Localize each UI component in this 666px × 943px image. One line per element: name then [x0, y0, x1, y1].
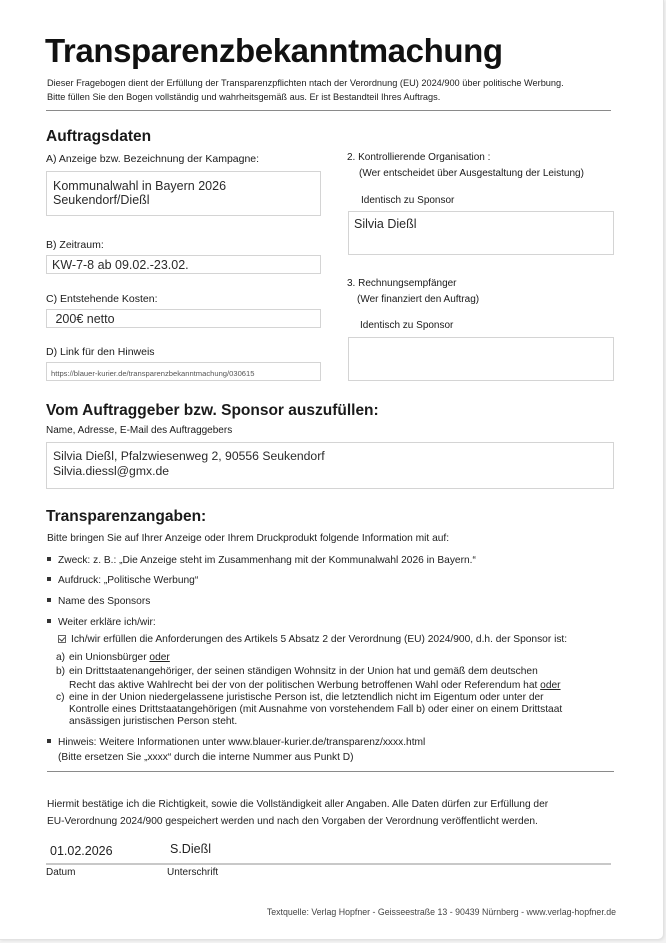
- footer-source: Textquelle: Verlag Hopfner - Geisseestra…: [267, 907, 616, 917]
- kontrollierende-organisation-sublabel: (Wer entscheidet über Ausgestaltung der …: [359, 168, 584, 179]
- zeitraum-field[interactable]: KW-7-8 ab 09.02.-23.02.: [46, 255, 321, 274]
- confirmation-line-2: EU-Verordnung 2024/900 gespeichert werde…: [47, 816, 538, 827]
- kosten-field[interactable]: 200€ netto: [46, 309, 321, 328]
- section-heading-transparenz: Transparenzangaben:: [46, 508, 206, 526]
- header-divider: [46, 110, 611, 111]
- criteria-b-line-1: ein Drittstaatenangehöriger, der seinen …: [69, 666, 538, 678]
- signature-field[interactable]: S.Dießl: [170, 842, 211, 856]
- date-label: Datum: [46, 867, 75, 878]
- field-label-zeitraum: B) Zeitraum:: [46, 239, 104, 251]
- signature-line: [46, 863, 611, 865]
- rechnungsempfaenger-field[interactable]: [348, 337, 614, 381]
- criteria-c-line-1: eine in der Union niedergelassene jurist…: [69, 692, 544, 704]
- kontrollierende-organisation-value: Silvia Dießl: [354, 217, 417, 231]
- declaration-checkbox[interactable]: [58, 635, 66, 643]
- bullet-icon: [47, 557, 51, 561]
- kontrollierende-identisch-label: Identisch zu Sponsor: [361, 195, 454, 206]
- rechnungsempfaenger-sublabel: (Wer finanziert den Auftrag): [357, 294, 479, 305]
- form-sheet: Transparenzbekanntmachung Dieser Fragebo…: [0, 0, 664, 940]
- rechnungsempfaenger-identisch-label: Identisch zu Sponsor: [360, 320, 453, 331]
- list-item: Weiter erkläre ich/wir:: [47, 617, 156, 628]
- bullet-icon: [47, 577, 51, 581]
- criteria-c-line-3: ansässigen juristischen Person steht.: [69, 716, 237, 728]
- signature-label: Unterschrift: [167, 867, 218, 878]
- kontrollierende-organisation-label: 2. Kontrollierende Organisation :: [347, 152, 490, 163]
- list-item: Name des Sponsors: [47, 596, 150, 607]
- field-label-link: D) Link für den Hinweis: [46, 346, 155, 358]
- zeitraum-value: KW-7-8 ab 09.02.-23.02.: [52, 258, 189, 272]
- bullet-icon: [47, 739, 51, 743]
- intro-line-2: Bitte füllen Sie den Bogen vollständig u…: [47, 92, 440, 102]
- transparenz-divider: [47, 771, 614, 772]
- declaration-text: Ich/wir erfüllen die Anforderungen des A…: [71, 634, 567, 645]
- criteria-b-line-2: Recht das aktive Wahlrecht bei der von d…: [69, 680, 561, 692]
- sponsor-value: Silvia Dießl, Pfalzwiesenweg 2, 90556 Se…: [53, 449, 325, 479]
- intro-line-1: Dieser Fragebogen dient der Erfüllung de…: [47, 78, 564, 88]
- date-field[interactable]: 01.02.2026: [50, 844, 113, 858]
- section-heading-auftragsdaten: Auftragsdaten: [46, 128, 151, 146]
- sponsor-field[interactable]: Silvia Dießl, Pfalzwiesenweg 2, 90556 Se…: [46, 442, 614, 489]
- confirmation-line-1: Hiermit bestätige ich die Richtigkeit, s…: [47, 799, 548, 810]
- page-title: Transparenzbekanntmachung: [45, 32, 503, 70]
- kampagne-value: Kommunalwahl in Bayern 2026 Seukendorf/D…: [53, 179, 226, 207]
- field-label-kampagne: A) Anzeige bzw. Bezeichnung der Kampagne…: [46, 153, 259, 165]
- criteria-a: ein Unionsbürger oder: [69, 652, 170, 664]
- criteria-c-line-2: Kontrolle eines Drittstaatangehörigen (m…: [69, 704, 562, 716]
- declaration-row: Ich/wir erfüllen die Anforderungen des A…: [58, 634, 567, 645]
- sponsor-field-label: Name, Adresse, E-Mail des Auftraggebers: [46, 425, 232, 436]
- kontrollierende-organisation-field[interactable]: Silvia Dießl: [348, 211, 614, 255]
- list-item: Aufdruck: „Politische Werbung“: [47, 575, 198, 586]
- transparenz-intro: Bitte bringen Sie auf Ihrer Anzeige oder…: [47, 533, 449, 544]
- list-item: Zweck: z. B.: „Die Anzeige steht im Zusa…: [47, 555, 476, 566]
- kampagne-field[interactable]: Kommunalwahl in Bayern 2026 Seukendorf/D…: [46, 171, 321, 216]
- rechnungsempfaenger-label: 3. Rechnungsempfänger: [347, 278, 457, 289]
- bullet-icon: [47, 619, 51, 623]
- section-heading-sponsor: Vom Auftraggeber bzw. Sponsor auszufülle…: [46, 402, 379, 420]
- link-field[interactable]: https://blauer-kurier.de/transparenzbeka…: [46, 362, 321, 381]
- bullet-icon: [47, 598, 51, 602]
- kosten-value: 200€ netto: [52, 312, 115, 326]
- hinweis-item: Hinweis: Weitere Informationen unter www…: [47, 737, 425, 748]
- sponsor-criteria-list: a) ein Unionsbürger oder b) ein Drittsta…: [56, 652, 616, 732]
- link-value: https://blauer-kurier.de/transparenzbeka…: [51, 367, 254, 381]
- hinweis-note: (Bitte ersetzen Sie „xxxx“ durch die int…: [58, 752, 354, 763]
- field-label-kosten: C) Entstehende Kosten:: [46, 293, 158, 305]
